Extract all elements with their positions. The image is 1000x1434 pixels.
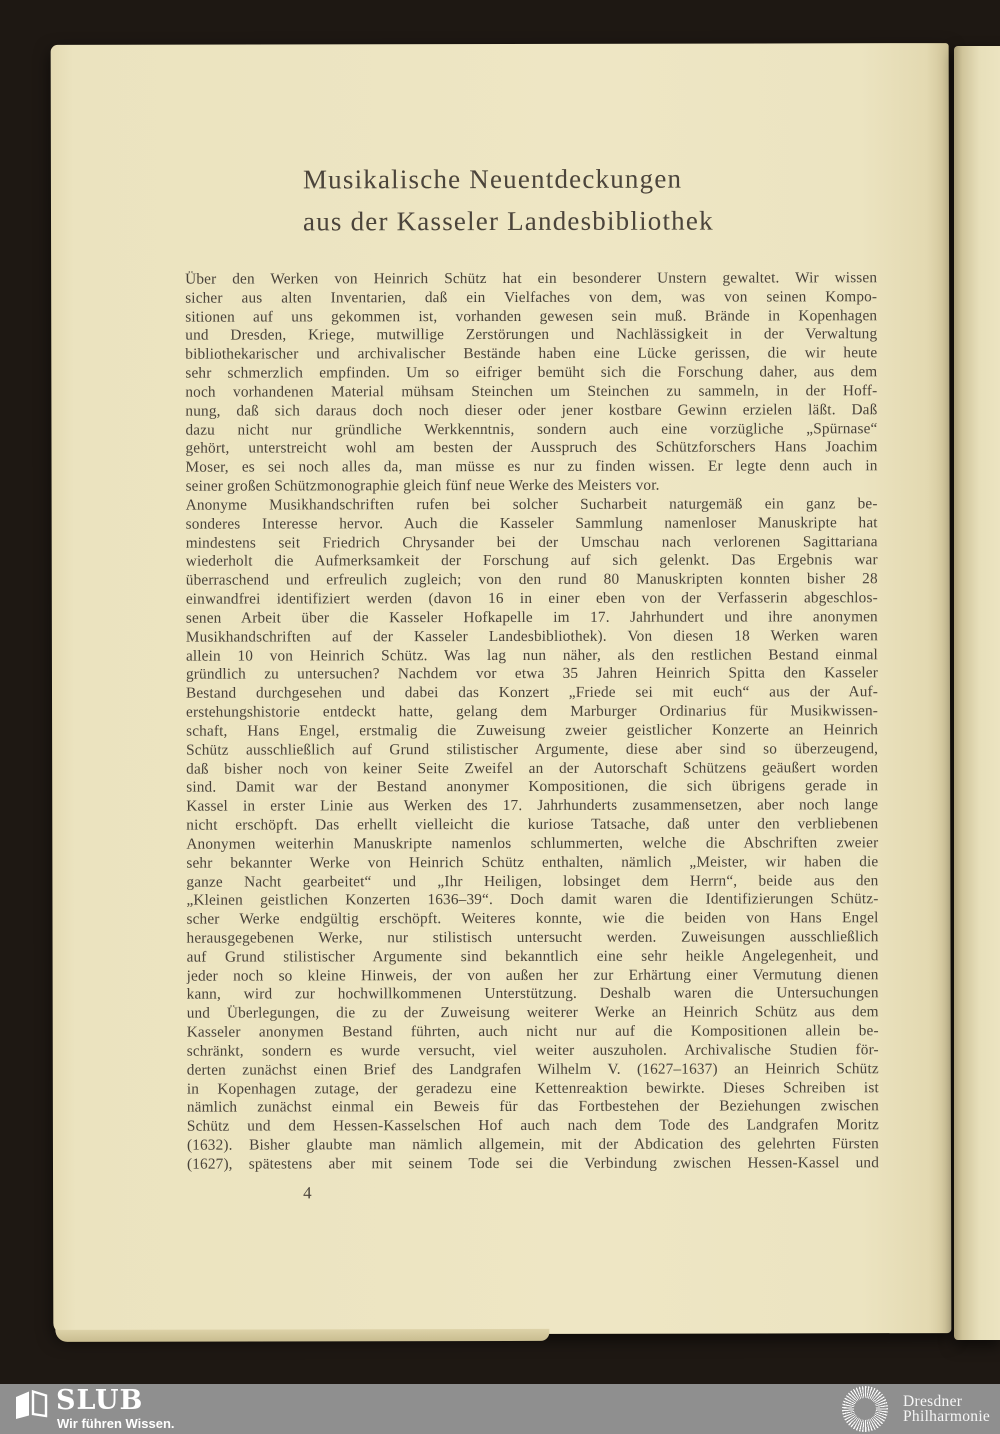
text-line: Schütz ausschließlich auf Grund stilisti… <box>186 740 878 760</box>
text-line: jeder noch so kleine Hinweis, der von au… <box>187 966 879 986</box>
text-line: scher Werke endgültig erschöpft. Weitere… <box>186 909 878 929</box>
text-line: auf Grund stilistischer Argumente sind b… <box>187 947 879 967</box>
text-line: Anonymen weiterhin Manuskripte namenlos … <box>186 834 878 854</box>
text-line: gehört, unterstreicht wohl am besten der… <box>185 439 877 459</box>
text-line: nung, daß sich daraus doch noch dieser o… <box>185 401 877 421</box>
text-line: Moser, es sei noch alles da, man müsse e… <box>186 457 878 477</box>
text-line: allein 10 von Heinrich Schütz. Was lag n… <box>186 646 878 666</box>
text-line: sitionen auf uns gekommen ist, vorhanden… <box>185 307 877 327</box>
page-title-line-2: aus der Kasseler Landesbibliothek <box>303 200 714 243</box>
text-line: Anonyme Musikhandschriften rufen bei sol… <box>186 495 878 515</box>
text-line: schaft, Hans Engel, erstmalig die Zuweis… <box>186 721 878 741</box>
text-line: senen Arbeit über die Kasseler Hofkapell… <box>186 608 878 628</box>
book-page-scan: Musikalische Neuentdeckungen aus der Kas… <box>51 43 952 1335</box>
text-line: dazu nicht nur gründliche Werkkenntnis, … <box>185 420 877 440</box>
text-line: Bestand durchgesehen und dabei das Konze… <box>186 683 878 703</box>
text-line: sehr schmerzlich empfinden. Um so eifrig… <box>185 363 877 383</box>
slub-tagline: Wir führen Wissen. <box>57 1416 175 1431</box>
text-line: sehr bekannter Werke von Heinrich Schütz… <box>186 853 878 873</box>
open-book-icon <box>13 1388 49 1420</box>
text-line: gründlich zu untersuchen? Nachdem vor et… <box>186 665 878 685</box>
text-line: bibliothekarischer und archivalischer Be… <box>185 345 877 365</box>
philharmonie-line-2: Philharmonie <box>903 1410 990 1425</box>
text-line: und Überlegungen, die zu der Zuweisung w… <box>187 1004 879 1024</box>
text-line: seiner großen Schützmonographie gleich f… <box>186 476 878 496</box>
text-line: schränkt, sondern es wurde versucht, vie… <box>187 1041 879 1061</box>
page-title-line-1: Musikalische Neuentdeckungen <box>303 158 714 201</box>
text-line: sonderes Interesse hervor. Auch die Kass… <box>186 514 878 534</box>
slub-logo-text: SLUB <box>56 1385 143 1416</box>
text-line: Schütz und dem Hessen-Kasselschen Hof au… <box>187 1116 879 1136</box>
text-line: herausgegebenen Werke, nur stilistisch u… <box>187 928 879 948</box>
body-text: Über den Werken von Heinrich Schütz hat … <box>185 269 879 1174</box>
text-line: nämlich zunächst einmal ein Beweis für d… <box>187 1098 879 1118</box>
footer-branding-bar: SLUB Wir führen Wissen. Dresdner Philhar… <box>0 1384 1000 1434</box>
text-line: Musikhandschriften auf der Kasseler Land… <box>186 627 878 647</box>
text-line: Kasseler anonymen Bestand führten, auch … <box>187 1022 879 1042</box>
starburst-icon <box>842 1386 888 1432</box>
text-line: daß bisher noch von keiner Seite Zweifel… <box>186 759 878 779</box>
text-line: kann, wird zur hochwillkommenen Unterstü… <box>187 985 879 1005</box>
text-line: derten zunächst einen Brief des Landgraf… <box>187 1060 879 1080</box>
text-line: erstehungshistorie entdeckt hatte, gelan… <box>186 702 878 722</box>
text-line: Über den Werken von Heinrich Schütz hat … <box>185 269 877 289</box>
page-title: Musikalische Neuentdeckungen aus der Kas… <box>303 158 714 243</box>
text-line: (1632). Bisher glaubte man nämlich allge… <box>187 1135 879 1155</box>
text-line: in Kopenhagen zutage, der geradezu eine … <box>187 1079 879 1099</box>
text-line: sicher aus alten Inventarien, daß ein Vi… <box>185 288 877 308</box>
text-line: nicht erschöpft. Das erhellt vielleicht … <box>186 815 878 835</box>
text-line: „Kleinen geistlichen Konzerten 1636–39“.… <box>186 891 878 911</box>
text-line: mindestens seit Friedrich Chrysander bei… <box>186 533 878 553</box>
text-line: ganze Nacht gearbeitet“ und „Ihr Heilige… <box>186 872 878 892</box>
text-line: sind. Damit war der Bestand anonymer Kom… <box>186 778 878 798</box>
text-line: Kassel in erster Linie aus Werken des 17… <box>186 796 878 816</box>
page-number: 4 <box>303 1183 312 1203</box>
text-line: und Dresden, Kriege, mutwillige Zerstöru… <box>185 326 877 346</box>
text-line: noch vorhandenen Material mühsam Steinch… <box>185 382 877 402</box>
facing-page-edge <box>954 46 1000 1340</box>
text-line: wiederholt die Aufmerksamkeit der Forsch… <box>186 552 878 572</box>
text-line: einwandfrei identifiziert werden (davon … <box>186 589 878 609</box>
philharmonie-logo-text: Dresdner Philharmonie <box>903 1395 990 1424</box>
text-line: überraschend und erfreulich zugleich; vo… <box>186 570 878 590</box>
text-line: (1627), spätestens aber mit seinem Tode … <box>187 1154 879 1174</box>
